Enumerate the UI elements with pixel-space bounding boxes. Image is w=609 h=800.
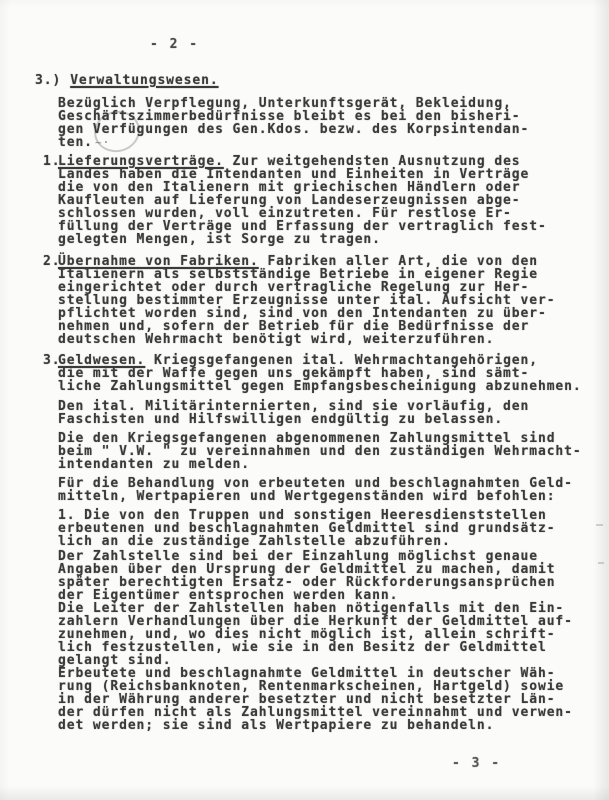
- item-number: 3.: [43, 354, 60, 367]
- paragraph-behandlung-befohlen: Für die Behandlung von erbeuteten und be…: [58, 477, 582, 503]
- text-line: gen Verfügungen des Gen.Kdos. bezw. des …: [58, 123, 529, 136]
- paragraph-leiter-zahlstellen: Die Leiter der Zahlstellen haben nötigen…: [58, 602, 582, 667]
- list-item-3: 3. Geldwesen. Kriegsgefangenen ital. Weh…: [43, 354, 582, 732]
- item-number: 2.: [43, 255, 60, 268]
- page-number-top: - 2 -: [150, 38, 199, 51]
- text-line: lich an die zuständige Zahlstelle abzufü…: [58, 535, 582, 548]
- text-line: deutschen Wehrmacht benötigt wird, weite…: [58, 333, 555, 346]
- text-line: det werden; sie sind als Wertpapiere zu …: [58, 719, 582, 732]
- item-number: 1.: [43, 155, 60, 168]
- item-body: Geldwesen. Kriegsgefangenen ital. Wehrma…: [58, 354, 582, 732]
- text-line: intendanten zu melden.: [58, 458, 582, 471]
- paragraph-militaerinternierte: Den ital. Militärinternierten, sind sie …: [58, 400, 582, 426]
- scan-artifact-dash: [598, 562, 604, 564]
- item-body: Übernahme von Fabriken. Fabriken aller A…: [58, 255, 555, 346]
- text-line: ten.: [58, 136, 529, 149]
- text-line: mitteln, Wertpapieren und Wertgegenständ…: [58, 490, 582, 503]
- item-body-lines: Landes haben die Intendanten und Einheit…: [58, 168, 547, 246]
- scanned-document-page: - 2 - 3.)Verwaltungswesen. ~· Bezüglich …: [0, 0, 609, 800]
- section-number: 3.): [35, 73, 61, 88]
- item-body: Lieferungsverträge. Zur weitgehendsten A…: [58, 155, 547, 246]
- item-body-lines: die mit der Waffe gegen uns gekämpft hab…: [58, 367, 582, 393]
- scan-artifact-dash: [596, 524, 603, 526]
- paragraph-sub1-zahlstelle-abfuehren: 1. Die von den Truppen und sonstigen Hee…: [58, 509, 582, 548]
- section-heading: 3.)Verwaltungswesen.: [35, 74, 219, 87]
- intro-paragraph: Bezüglich Verpflegung, Unterkunftsgerät,…: [58, 97, 529, 149]
- section-title: Verwaltungswesen.: [70, 73, 218, 88]
- item-body-lines: Italienern als selbstständige Betriebe i…: [58, 268, 555, 346]
- paragraph-angaben-ursprung: Der Zahlstelle sind bei der Einzahlung m…: [58, 550, 582, 602]
- text-line: liche Zahlungsmittel gegen Empfangsbesch…: [58, 380, 582, 393]
- paragraph-abgenommene-zahlungsmittel: Die den Kriegsgefangenen abgenommenen Za…: [58, 432, 582, 471]
- text-line: Faschisten und Hilfswilligen endgültig z…: [58, 413, 582, 426]
- text-line: gelegten Mengen, ist Sorge zu tragen.: [58, 233, 547, 246]
- page-number-bottom: - 3 -: [452, 757, 501, 770]
- paragraph-erbeutete-geldmittel: Erbeutete und beschlagnahmte Geldmittel …: [58, 667, 582, 732]
- list-item-1: 1. Lieferungsverträge. Zur weitgehendste…: [43, 155, 547, 246]
- list-item-2: 2. Übernahme von Fabriken. Fabriken alle…: [43, 255, 555, 346]
